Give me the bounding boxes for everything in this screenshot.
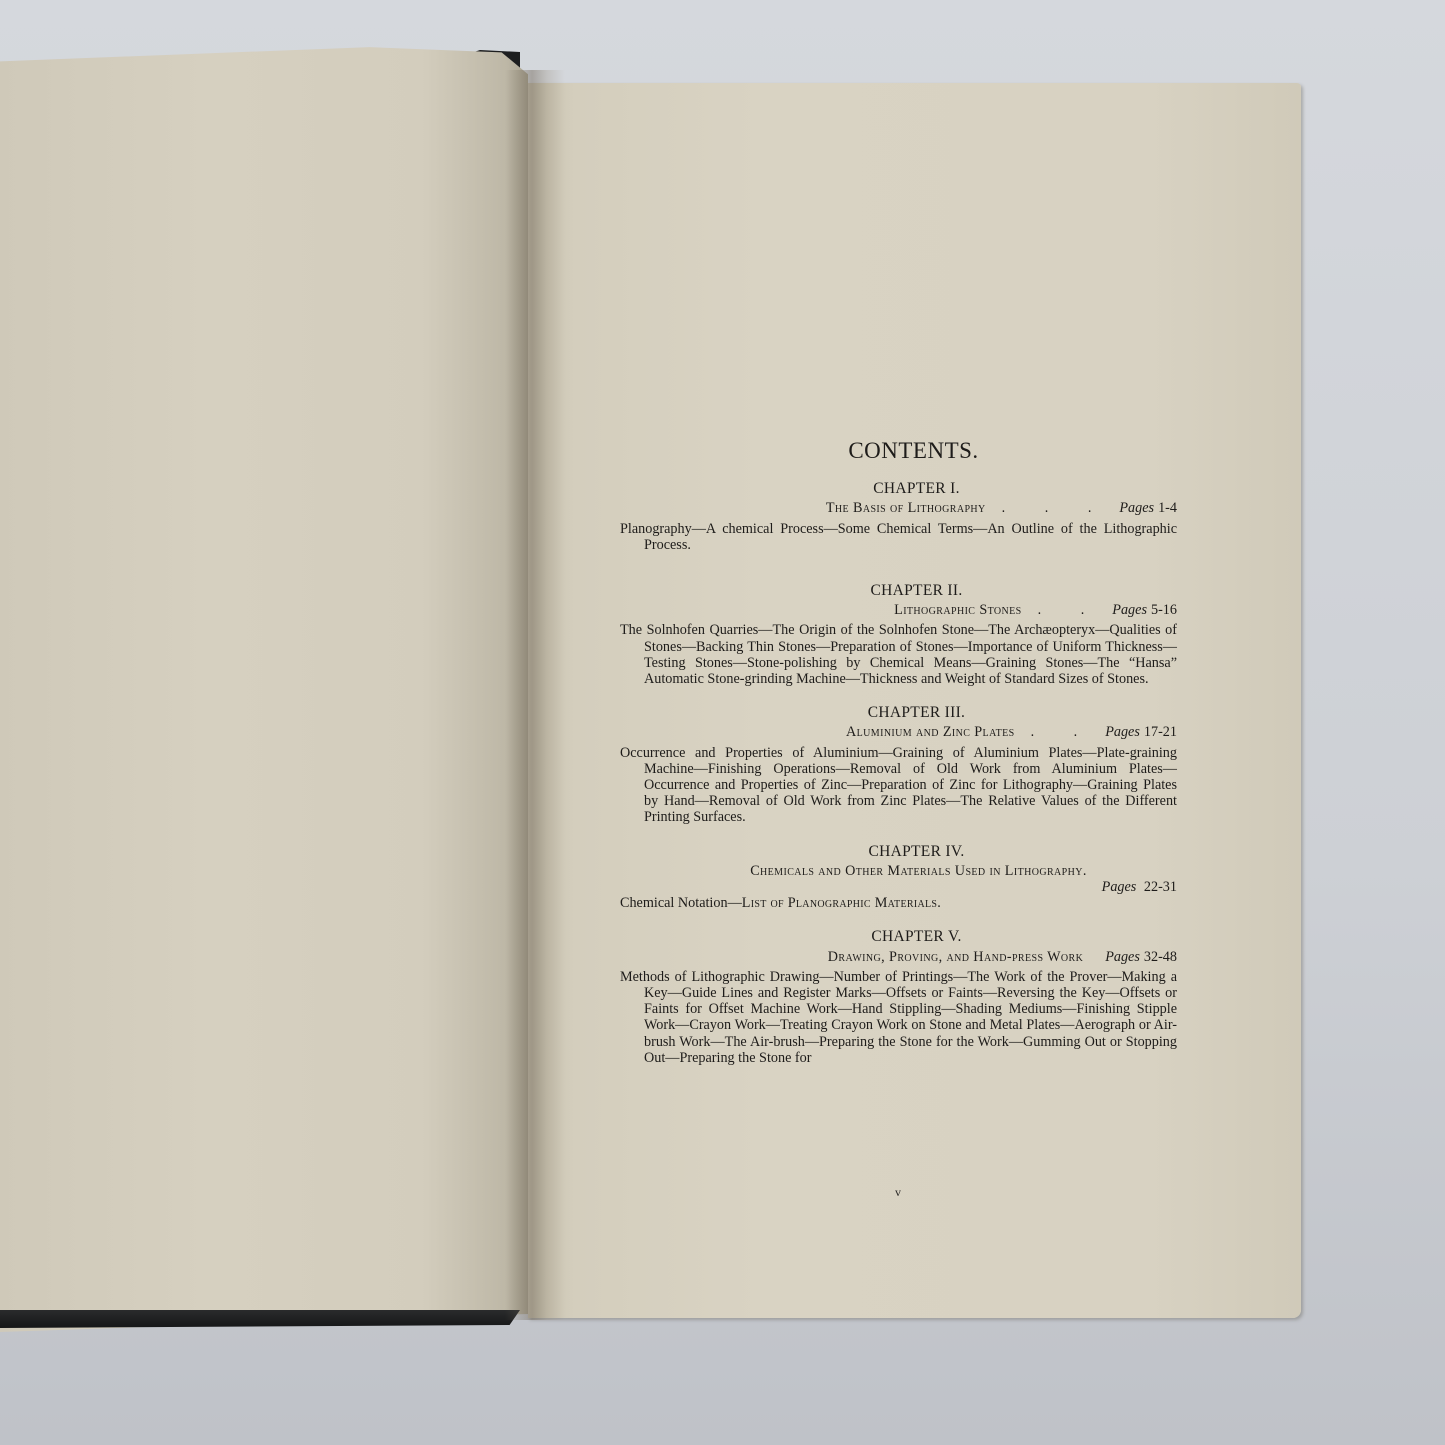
pages-label: Pages bbox=[1112, 602, 1147, 618]
leader-dots: . . bbox=[1031, 724, 1096, 740]
left-blank-page bbox=[0, 42, 528, 1332]
pages-label: Pages bbox=[1105, 949, 1140, 965]
page-range: 1-4 bbox=[1158, 500, 1177, 516]
summary-text: Chemical Notation— bbox=[620, 895, 742, 911]
pages-label: Pages bbox=[1102, 879, 1137, 895]
page-range-line: Pages 22-31 bbox=[620, 879, 1177, 895]
book-photo-scene: CONTENTS. CHAPTER I. The Basis of Lithog… bbox=[0, 0, 1445, 1445]
chapter-title-line: Lithographic Stones . . Pages 5-16 bbox=[620, 602, 1177, 618]
leader-dots: . . . bbox=[1002, 500, 1110, 516]
page-range: 22-31 bbox=[1144, 879, 1177, 895]
chapter-title-line: Aluminium and Zinc Plates . . Pages 17-2… bbox=[620, 724, 1177, 740]
book-cover-edge-bottom bbox=[0, 1310, 520, 1340]
page-title: CONTENTS. bbox=[620, 443, 1177, 459]
chapter-heading: CHAPTER IV. bbox=[620, 844, 1177, 860]
chapter-title-line: Drawing, Proving, and Hand-press Work Pa… bbox=[620, 949, 1177, 965]
page-number: v bbox=[895, 1185, 901, 1200]
chapter-entry: CHAPTER V. Drawing, Proving, and Hand-pr… bbox=[620, 929, 1177, 1066]
page-range: 17-21 bbox=[1144, 724, 1177, 740]
page-range: 32-48 bbox=[1144, 949, 1177, 965]
leader-dots: . . bbox=[1038, 602, 1103, 618]
chapter-summary: Methods of Lithographic Drawing—Number o… bbox=[620, 969, 1177, 1066]
pages-label: Pages bbox=[1105, 724, 1140, 740]
chapter-heading: CHAPTER V. bbox=[620, 929, 1177, 945]
chapter-summary: The Solnhofen Quarries—The Origin of the… bbox=[620, 622, 1177, 687]
chapter-title-line: The Basis of Lithography . . . Pages 1-4 bbox=[620, 500, 1177, 516]
chapter-entry: CHAPTER I. The Basis of Lithography . . … bbox=[620, 481, 1177, 553]
book-gutter-shadow bbox=[505, 70, 565, 1320]
chapter-summary: Planography—A chemical Process—Some Chem… bbox=[620, 521, 1177, 553]
chapter-name: The Basis of Lithography bbox=[826, 500, 986, 516]
chapter-entry: CHAPTER IV. Chemicals and Other Material… bbox=[620, 844, 1177, 912]
chapter-summary: Chemical Notation—List of Planographic M… bbox=[620, 895, 1177, 911]
summary-smallcaps-text: List of Planographic Materials. bbox=[742, 895, 941, 911]
page-range: 5-16 bbox=[1151, 602, 1177, 618]
chapter-summary: Occurrence and Properties of Aluminium—G… bbox=[620, 745, 1177, 826]
chapter-heading: CHAPTER II. bbox=[620, 583, 1177, 599]
chapter-entry: CHAPTER III. Aluminium and Zinc Plates .… bbox=[620, 705, 1177, 825]
pages-label: Pages bbox=[1119, 500, 1154, 516]
chapter-name: Lithographic Stones bbox=[894, 602, 1022, 618]
chapter-heading: CHAPTER I. bbox=[620, 481, 1177, 497]
chapter-name: Drawing, Proving, and Hand-press Work bbox=[828, 949, 1083, 965]
chapter-entry: CHAPTER II. Lithographic Stones . . Page… bbox=[620, 583, 1177, 687]
chapter-heading: CHAPTER III. bbox=[620, 705, 1177, 721]
chapter-name: Aluminium and Zinc Plates bbox=[846, 724, 1015, 740]
table-of-contents: CONTENTS. CHAPTER I. The Basis of Lithog… bbox=[620, 443, 1177, 1084]
chapter-name: Chemicals and Other Materials Used in Li… bbox=[620, 863, 1177, 879]
